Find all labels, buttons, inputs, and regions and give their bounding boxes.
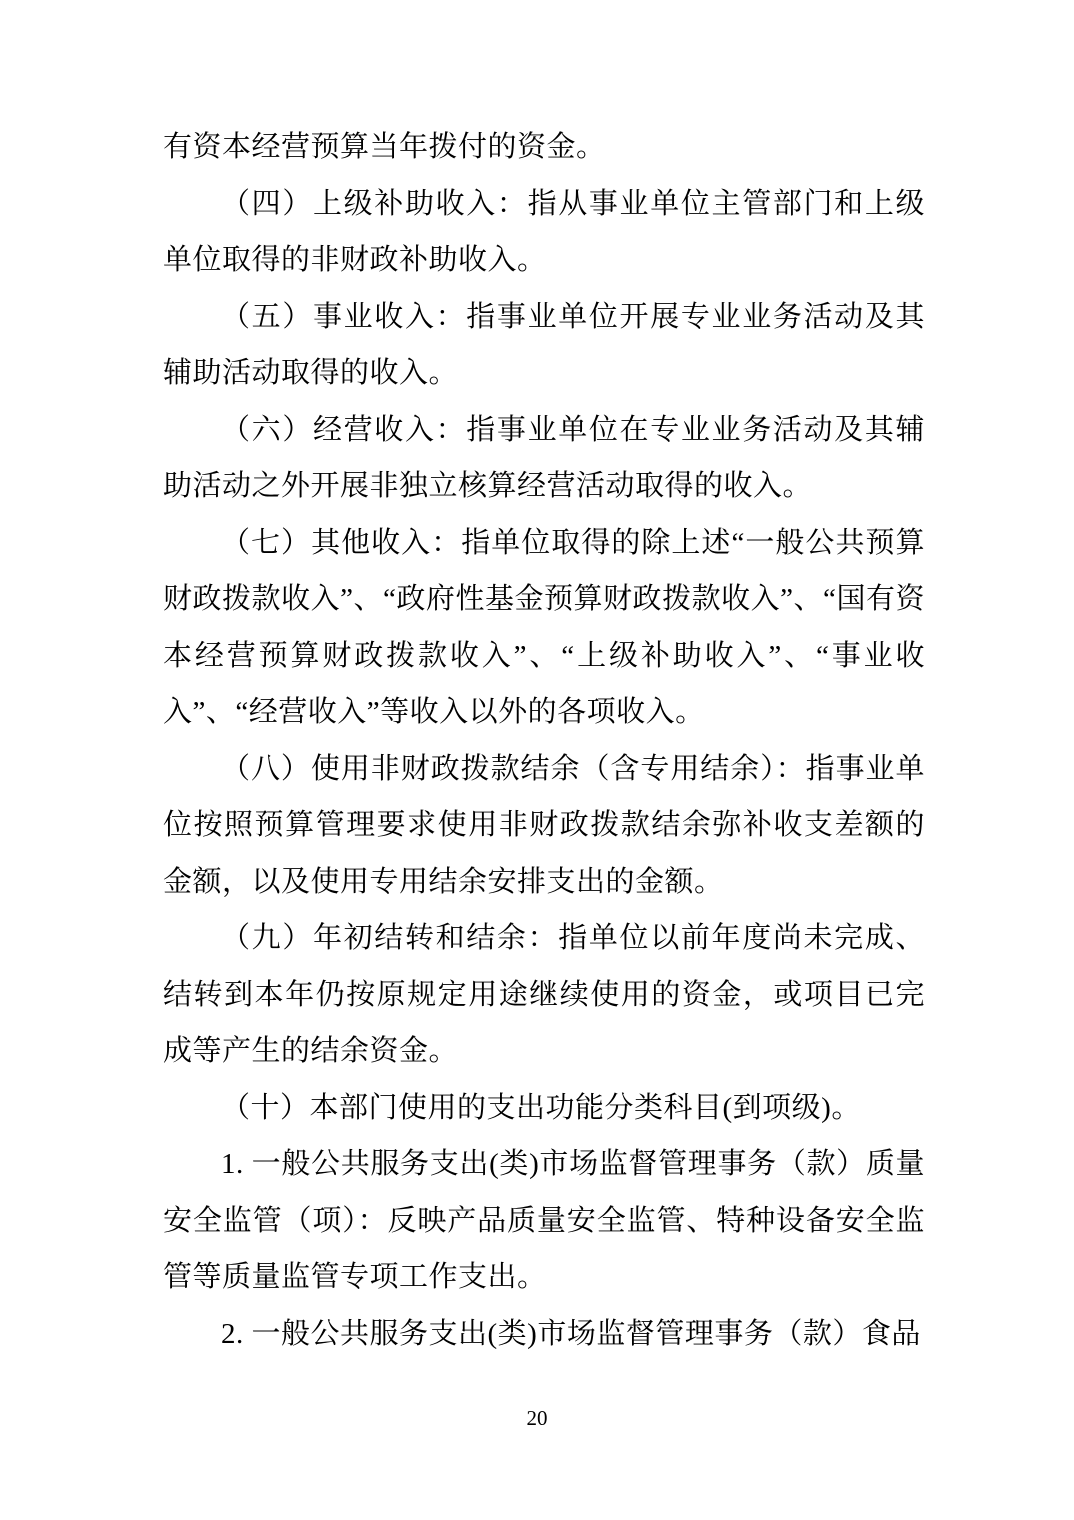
paragraph: （九）年初结转和结余：指单位以前年度尚未完成、结转到本年仍按原规定用途继续使用的… — [163, 910, 925, 1080]
paragraph: 2. 一般公共服务支出(类)市场监督管理事务（款）食品 — [163, 1306, 925, 1363]
paragraph: （八）使用非财政拨款结余（含专用结余）：指事业单位按照预算管理要求使用非财政拨款… — [163, 741, 925, 911]
paragraph: （四）上级补助收入：指从事业单位主管部门和上级单位取得的非财政补助收入。 — [163, 176, 925, 289]
document-page: 有资本经营预算当年拨付的资金。（四）上级补助收入：指从事业单位主管部门和上级单位… — [0, 0, 1074, 1520]
paragraph: （六）经营收入：指事业单位在专业业务活动及其辅助活动之外开展非独立核算经营活动取… — [163, 402, 925, 515]
paragraph: （七）其他收入：指单位取得的除上述“一般公共预算财政拨款收入”、“政府性基金预算… — [163, 515, 925, 741]
page-number: 20 — [0, 1404, 1074, 1432]
paragraph: （五）事业收入：指事业单位开展专业业务活动及其辅助活动取得的收入。 — [163, 289, 925, 402]
paragraph: 1. 一般公共服务支出(类)市场监督管理事务（款）质量安全监管（项）：反映产品质… — [163, 1136, 925, 1306]
paragraph: （十）本部门使用的支出功能分类科目(到项级)。 — [163, 1080, 925, 1137]
paragraph: 有资本经营预算当年拨付的资金。 — [163, 119, 925, 176]
body-text: 有资本经营预算当年拨付的资金。（四）上级补助收入：指从事业单位主管部门和上级单位… — [163, 119, 925, 1362]
